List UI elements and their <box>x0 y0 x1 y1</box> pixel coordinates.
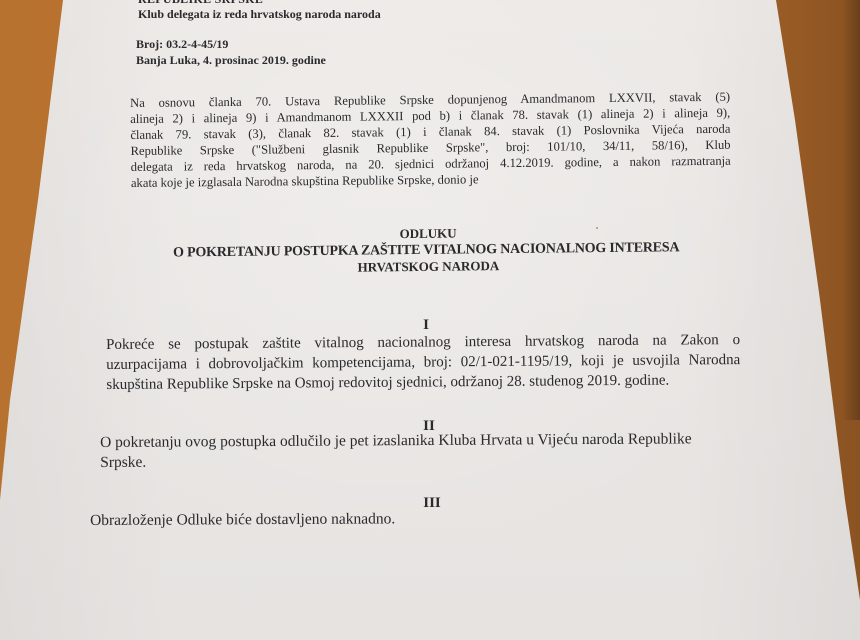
section-3-text: Obrazloženje Odluke biće dostavljeno nak… <box>90 509 490 531</box>
section-line: Srpske. <box>100 449 760 473</box>
header-republic: REPUBLIKE SRPSKE <box>138 0 263 7</box>
photo-scene: REPUBLIKE SRPSKE Klub delegata iz reda h… <box>0 0 860 640</box>
place-and-date: Banja Luka, 4. prosinac 2019. godine <box>136 53 326 68</box>
section-line: O pokretanju ovog postupka odlučilo je p… <box>100 429 760 453</box>
header-club-name: Klub delegata iz reda hrvatskog naroda n… <box>138 7 381 22</box>
section-1-text: Pokreće se postupak zaštite vitalnog nac… <box>106 330 740 395</box>
section-line: skupština Republike Srpske na Osmoj redo… <box>106 370 740 395</box>
decision-document: REPUBLIKE SRPSKE Klub delegata iz reda h… <box>0 0 860 640</box>
section-number-1: I <box>406 316 446 334</box>
document-number: Broj: 03.2-4-45/19 <box>136 37 228 52</box>
section-2-text: O pokretanju ovog postupka odlučilo je p… <box>100 429 760 473</box>
section-line: Obrazloženje Odluke biće dostavljeno nak… <box>90 509 490 531</box>
intro-paragraph: Na osnovu članka 70. Ustava Republike Sr… <box>130 89 731 191</box>
decision-title: ODLUKU O POKRETANJU POSTUPKA ZAŠTITE VIT… <box>128 223 728 279</box>
